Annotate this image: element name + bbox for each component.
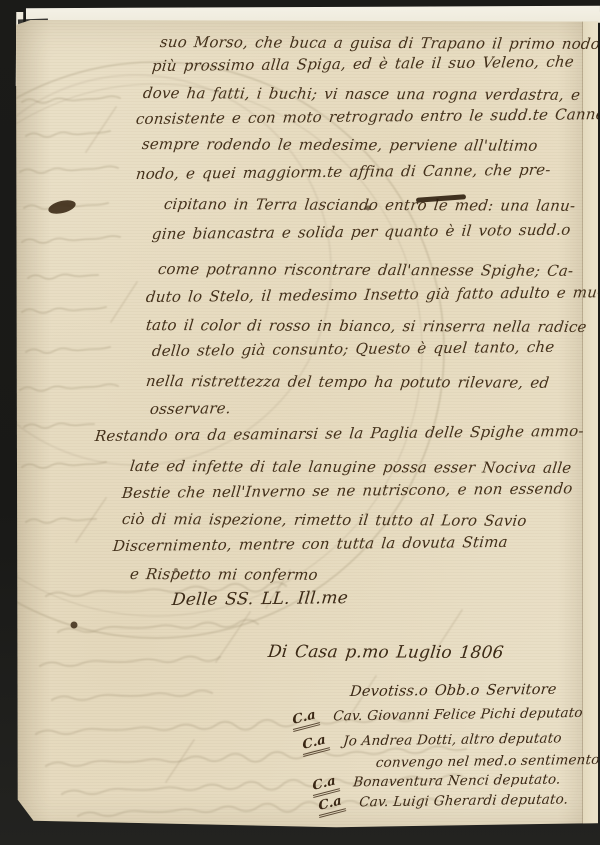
signature-text: Cav. Giovanni Felice Pichi deputato [332,705,583,724]
dateline: Di Casa p.mo Luglio 1806 [267,642,505,663]
manuscript-line: ciò di mia ispezione, rimetto il tutto a… [121,510,528,530]
signature-row: convengo nel med.o sentimento. [375,749,600,771]
signature-header: Devotiss.o Obb.o Servitore [349,682,557,700]
paraph-mark: C.a [290,707,320,732]
manuscript-line: cipitano in Terra lasciando entro le med… [163,195,576,215]
paraph-mark: C.a [316,793,346,818]
manuscript-line: come potranno riscontrare dall'annesse S… [157,260,574,280]
manuscript-line: e Rispetto mi confermo [129,565,319,584]
manuscript-line: sempre rodendo le medesime, perviene all… [141,135,539,155]
manuscript-scan: suo Morso, che buca a guisa di Trapano i… [0,0,600,845]
paraph-mark: C.a [300,732,330,757]
signature-row: C.aCav. Luigi Gherardi deputato. [317,789,569,815]
manuscript-line: late ed infette di tale lanugine possa e… [129,457,572,477]
signature-text: Jo Andrea Dotti, altro deputato [342,730,562,749]
signature-text: convengo nel med.o sentimento. [375,752,600,771]
signature-text: Cav. Luigi Gherardi deputato. [358,792,568,811]
closing-salutation: Delle SS. LL. Ill.me [171,588,349,610]
manuscript-line: osservare. [149,399,232,418]
manuscript-page: suo Morso, che buca a guisa di Trapano i… [16,20,598,828]
manuscript-line: nella ristrettezza del tempo ha potuto r… [145,372,550,392]
signature-text: Bonaventura Nenci deputato. [352,772,561,791]
signature-row: C.aCav. Giovanni Felice Pichi deputato [291,702,584,729]
manuscript-line: dove ha fatti, i buchi; vi nasce una rog… [142,84,581,104]
manuscript-line: suo Morso, che buca a guisa di Trapano i… [159,33,600,53]
manuscript-line: tato il color di rosso in bianco, si rin… [145,316,588,336]
